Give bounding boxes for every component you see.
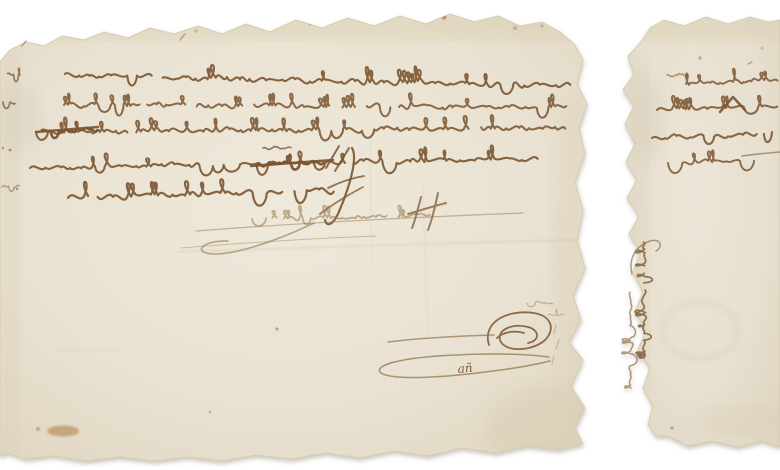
paper-speck — [698, 56, 702, 60]
ink-speck — [670, 426, 674, 430]
ink-speck — [209, 411, 212, 414]
paper-stain — [36, 427, 40, 431]
margin-dot — [16, 188, 19, 191]
paper-speck — [513, 26, 517, 30]
paper-speck — [194, 29, 198, 33]
paper-speck — [540, 24, 543, 27]
paper-speck — [761, 47, 764, 50]
paper-stain — [47, 426, 79, 437]
show-through-smudge — [2, 85, 42, 155]
corner-note: añ — [457, 361, 473, 376]
corner-shading — [700, 406, 780, 434]
manuscript-photograph: añ — [0, 0, 780, 470]
manuscript-scene: añ — [0, 0, 780, 470]
left-leaf: añ — [0, 12, 635, 470]
left-leaf-paper — [0, 14, 587, 461]
margin-dot — [9, 149, 12, 152]
margin-dot — [2, 147, 4, 149]
ink-speck — [275, 327, 278, 330]
show-through-smudge — [632, 80, 664, 160]
